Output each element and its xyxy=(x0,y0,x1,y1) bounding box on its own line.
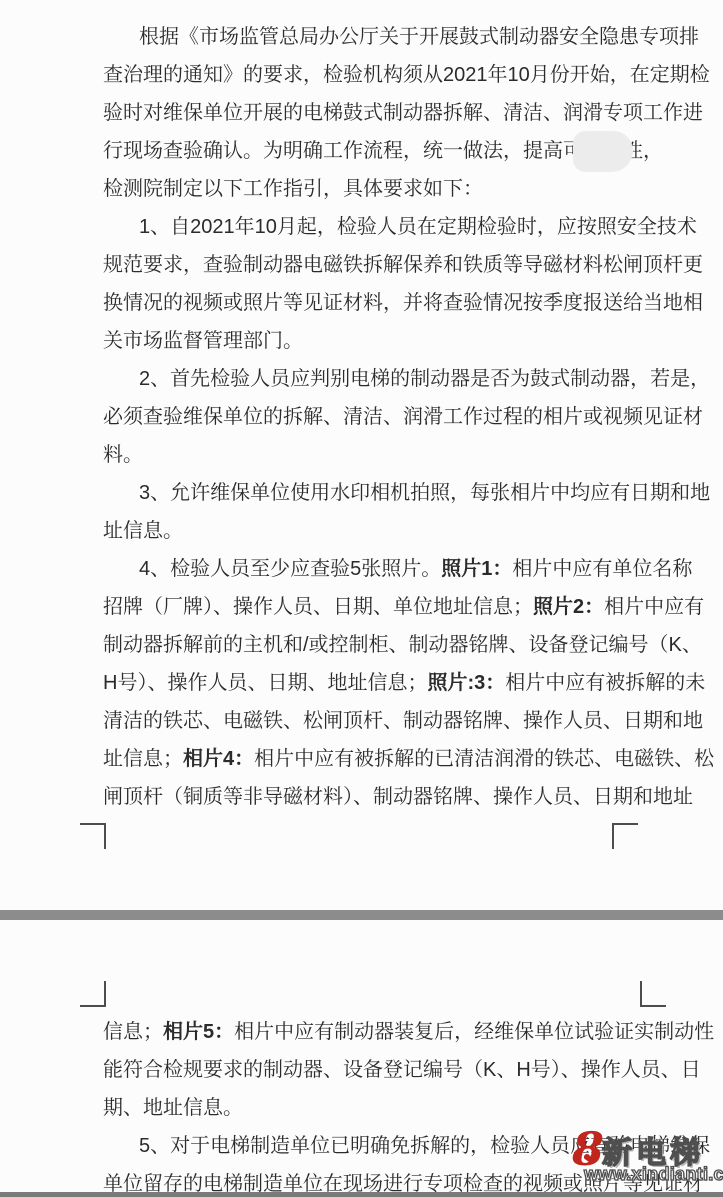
text-line: 必须查验维保单位的拆解、清洁、润滑工作过程的相片或视频见证材 xyxy=(103,398,625,436)
text-line: 招牌（厂牌）、操作人员、日期、单位地址信息；照片2：相片中应有 xyxy=(103,588,625,626)
watermark-url-text: www.xindianti.cn xyxy=(584,1164,723,1185)
text-line: 验时对维保单位开展的电梯鼓式制动器拆解、清洁、润滑专项工作进 xyxy=(103,94,625,132)
text-line: 1、自2021年10月起，检验人员在定期检验时，应按照安全技术 xyxy=(103,208,625,246)
text-line: 检测院制定以下工作指引，具体要求如下： xyxy=(103,170,625,208)
document-photo: 根据《市场监管总局办公厅关于开展鼓式制动器安全隐患专项排查治理的通知》的要求，检… xyxy=(0,0,723,1197)
text-line: 3、允许维保单位使用水印相机拍照，每张相片中均应有日期和地 xyxy=(103,474,625,512)
page-separator-band xyxy=(0,910,723,920)
text-segment: 相片中应有被拆解的已清洁润滑的铁芯、电磁铁、松 xyxy=(254,748,714,770)
text-line: 信息；相片5：相片中应有制动器装复后，经维保单位试验证实制动性 xyxy=(103,1013,625,1051)
text-segment: 址信息； xyxy=(103,748,183,770)
text-line: 5、对于电梯制造单位已明确免拆解的，检验人员应查验电梯维保 xyxy=(103,1127,625,1165)
text-segment: 清洁的铁芯、电磁铁、松闸顶杆、制动器铭牌、操作人员、日期和地 xyxy=(103,710,703,732)
text-line: 闸顶杆（铜质等非导磁材料）、制动器铭牌、操作人员、日期和地址 xyxy=(103,778,625,816)
text-segment: 闸顶杆（铜质等非导磁材料）、制动器铭牌、操作人员、日期和地址 xyxy=(103,786,693,808)
text-line: 期、地址信息。 xyxy=(103,1089,625,1127)
text-segment: 信息； xyxy=(103,1021,163,1043)
text-segment: H号）、操作人员、日期、地址信息； xyxy=(103,672,427,694)
text-line: 清洁的铁芯、电磁铁、松闸顶杆、制动器铭牌、操作人员、日期和地 xyxy=(103,702,625,740)
text-segment: 换情况的视频或照片等见证材料，并将查验情况按季度报送给当地相 xyxy=(103,292,703,314)
text-segment: 期、地址信息。 xyxy=(103,1097,243,1119)
text-line: 规范要求，查验制动器电磁铁拆解保养和铁质等导磁材料松闸顶杆更 xyxy=(103,246,625,284)
text-segment: 址信息。 xyxy=(103,520,183,542)
site-watermark: 8 ❤ 新电梯 www.xindianti.cn xyxy=(572,1124,723,1196)
crop-mark-page2-top-right-icon xyxy=(640,981,666,1007)
text-segment: 1、自2021年10月起，检验人员在定期检验时，应按照安全技术 xyxy=(139,216,697,238)
text-segment: 相片中应有制动器装复后，经维保单位试验证实制动性 xyxy=(234,1021,714,1043)
text-segment: 料。 xyxy=(103,444,143,466)
text-segment: 相片中应有被拆解的未 xyxy=(505,672,705,694)
text-line: 址信息。 xyxy=(103,512,625,550)
text-segment: 根据《市场监管总局办公厅关于开展鼓式制动器安全隐患专项排 xyxy=(139,26,699,48)
photo-requirement-label: 相片5： xyxy=(163,1021,234,1043)
text-line: 关市场监督管理部门。 xyxy=(103,322,625,360)
text-segment: 招牌（厂牌）、操作人员、日期、单位地址信息； xyxy=(103,596,533,618)
text-line: 制动器拆解前的主机和/或控制柜、制动器铭牌、设备登记编号（K、 xyxy=(103,626,625,664)
text-line: 查治理的通知》的要求，检验机构须从2021年10月份开始，在定期检 xyxy=(103,56,625,94)
text-line: 料。 xyxy=(103,436,625,474)
text-line: 换情况的视频或照片等见证材料，并将查验情况按季度报送给当地相 xyxy=(103,284,625,322)
photo-requirement-label: 照片1： xyxy=(441,558,512,580)
text-segment: 相片中应有 xyxy=(604,596,704,618)
photo-requirement-label: 照片:3： xyxy=(427,672,505,694)
text-segment: 制动器拆解前的主机和/或控制柜、制动器铭牌、设备登记编号（K、 xyxy=(103,634,702,656)
crop-mark-page1-bottom-left-icon xyxy=(80,823,106,849)
photo-requirement-label: 相片4： xyxy=(183,748,254,770)
text-segment: 关市场监督管理部门。 xyxy=(103,330,303,352)
text-segment: 必须查验维保单位的拆解、清洁、润滑工作过程的相片或视频见证材 xyxy=(103,406,703,428)
redacted-text-blob xyxy=(573,131,633,172)
photo-requirement-label: 照片2： xyxy=(533,596,604,618)
crop-mark-page2-top-left-icon xyxy=(80,981,106,1007)
text-segment: 检测院制定以下工作指引，具体要求如下： xyxy=(103,178,483,200)
text-line: 址信息；相片4：相片中应有被拆解的已清洁润滑的铁芯、电磁铁、松 xyxy=(103,740,625,778)
text-segment: 3、允许维保单位使用水印相机拍照，每张相片中均应有日期和地 xyxy=(139,482,710,504)
text-segment: 2、首先检验人员应判别电梯的制动器是否为鼓式制动器，若是， xyxy=(139,368,710,390)
text-segment: 规范要求，查验制动器电磁铁拆解保养和铁质等导磁材料松闸顶杆更 xyxy=(103,254,703,276)
text-line: 行现场查验确认。为明确工作流程，统一做法，提高可操作性， xyxy=(103,132,625,170)
text-line: 能符合检规要求的制动器、设备登记编号（K、H号）、操作人员、日 xyxy=(103,1051,625,1089)
page2-text-block: 信息；相片5：相片中应有制动器装复后，经维保单位试验证实制动性能符合检规要求的制… xyxy=(103,1013,625,1197)
text-segment: 相片中应有单位名称 xyxy=(512,558,692,580)
text-line: 4、检验人员至少应查验5张照片。照片1：相片中应有单位名称 xyxy=(103,550,625,588)
text-segment: 能符合检规要求的制动器、设备登记编号（K、H号）、操作人员、日 xyxy=(103,1059,701,1081)
text-line: H号）、操作人员、日期、地址信息；照片:3：相片中应有被拆解的未 xyxy=(103,664,625,702)
text-segment: 验时对维保单位开展的电梯鼓式制动器拆解、清洁、润滑专项工作进 xyxy=(103,102,703,124)
page1-text-block: 根据《市场监管总局办公厅关于开展鼓式制动器安全隐患专项排查治理的通知》的要求，检… xyxy=(103,18,625,816)
crop-mark-page1-bottom-right-icon xyxy=(612,823,638,849)
text-segment: 查治理的通知》的要求，检验机构须从2021年10月份开始，在定期检 xyxy=(103,64,710,86)
text-line: 根据《市场监管总局办公厅关于开展鼓式制动器安全隐患专项排 xyxy=(103,18,625,56)
text-segment: 4、检验人员至少应查验5张照片。 xyxy=(139,558,441,580)
text-line: 2、首先检验人员应判别电梯的制动器是否为鼓式制动器，若是， xyxy=(103,360,625,398)
